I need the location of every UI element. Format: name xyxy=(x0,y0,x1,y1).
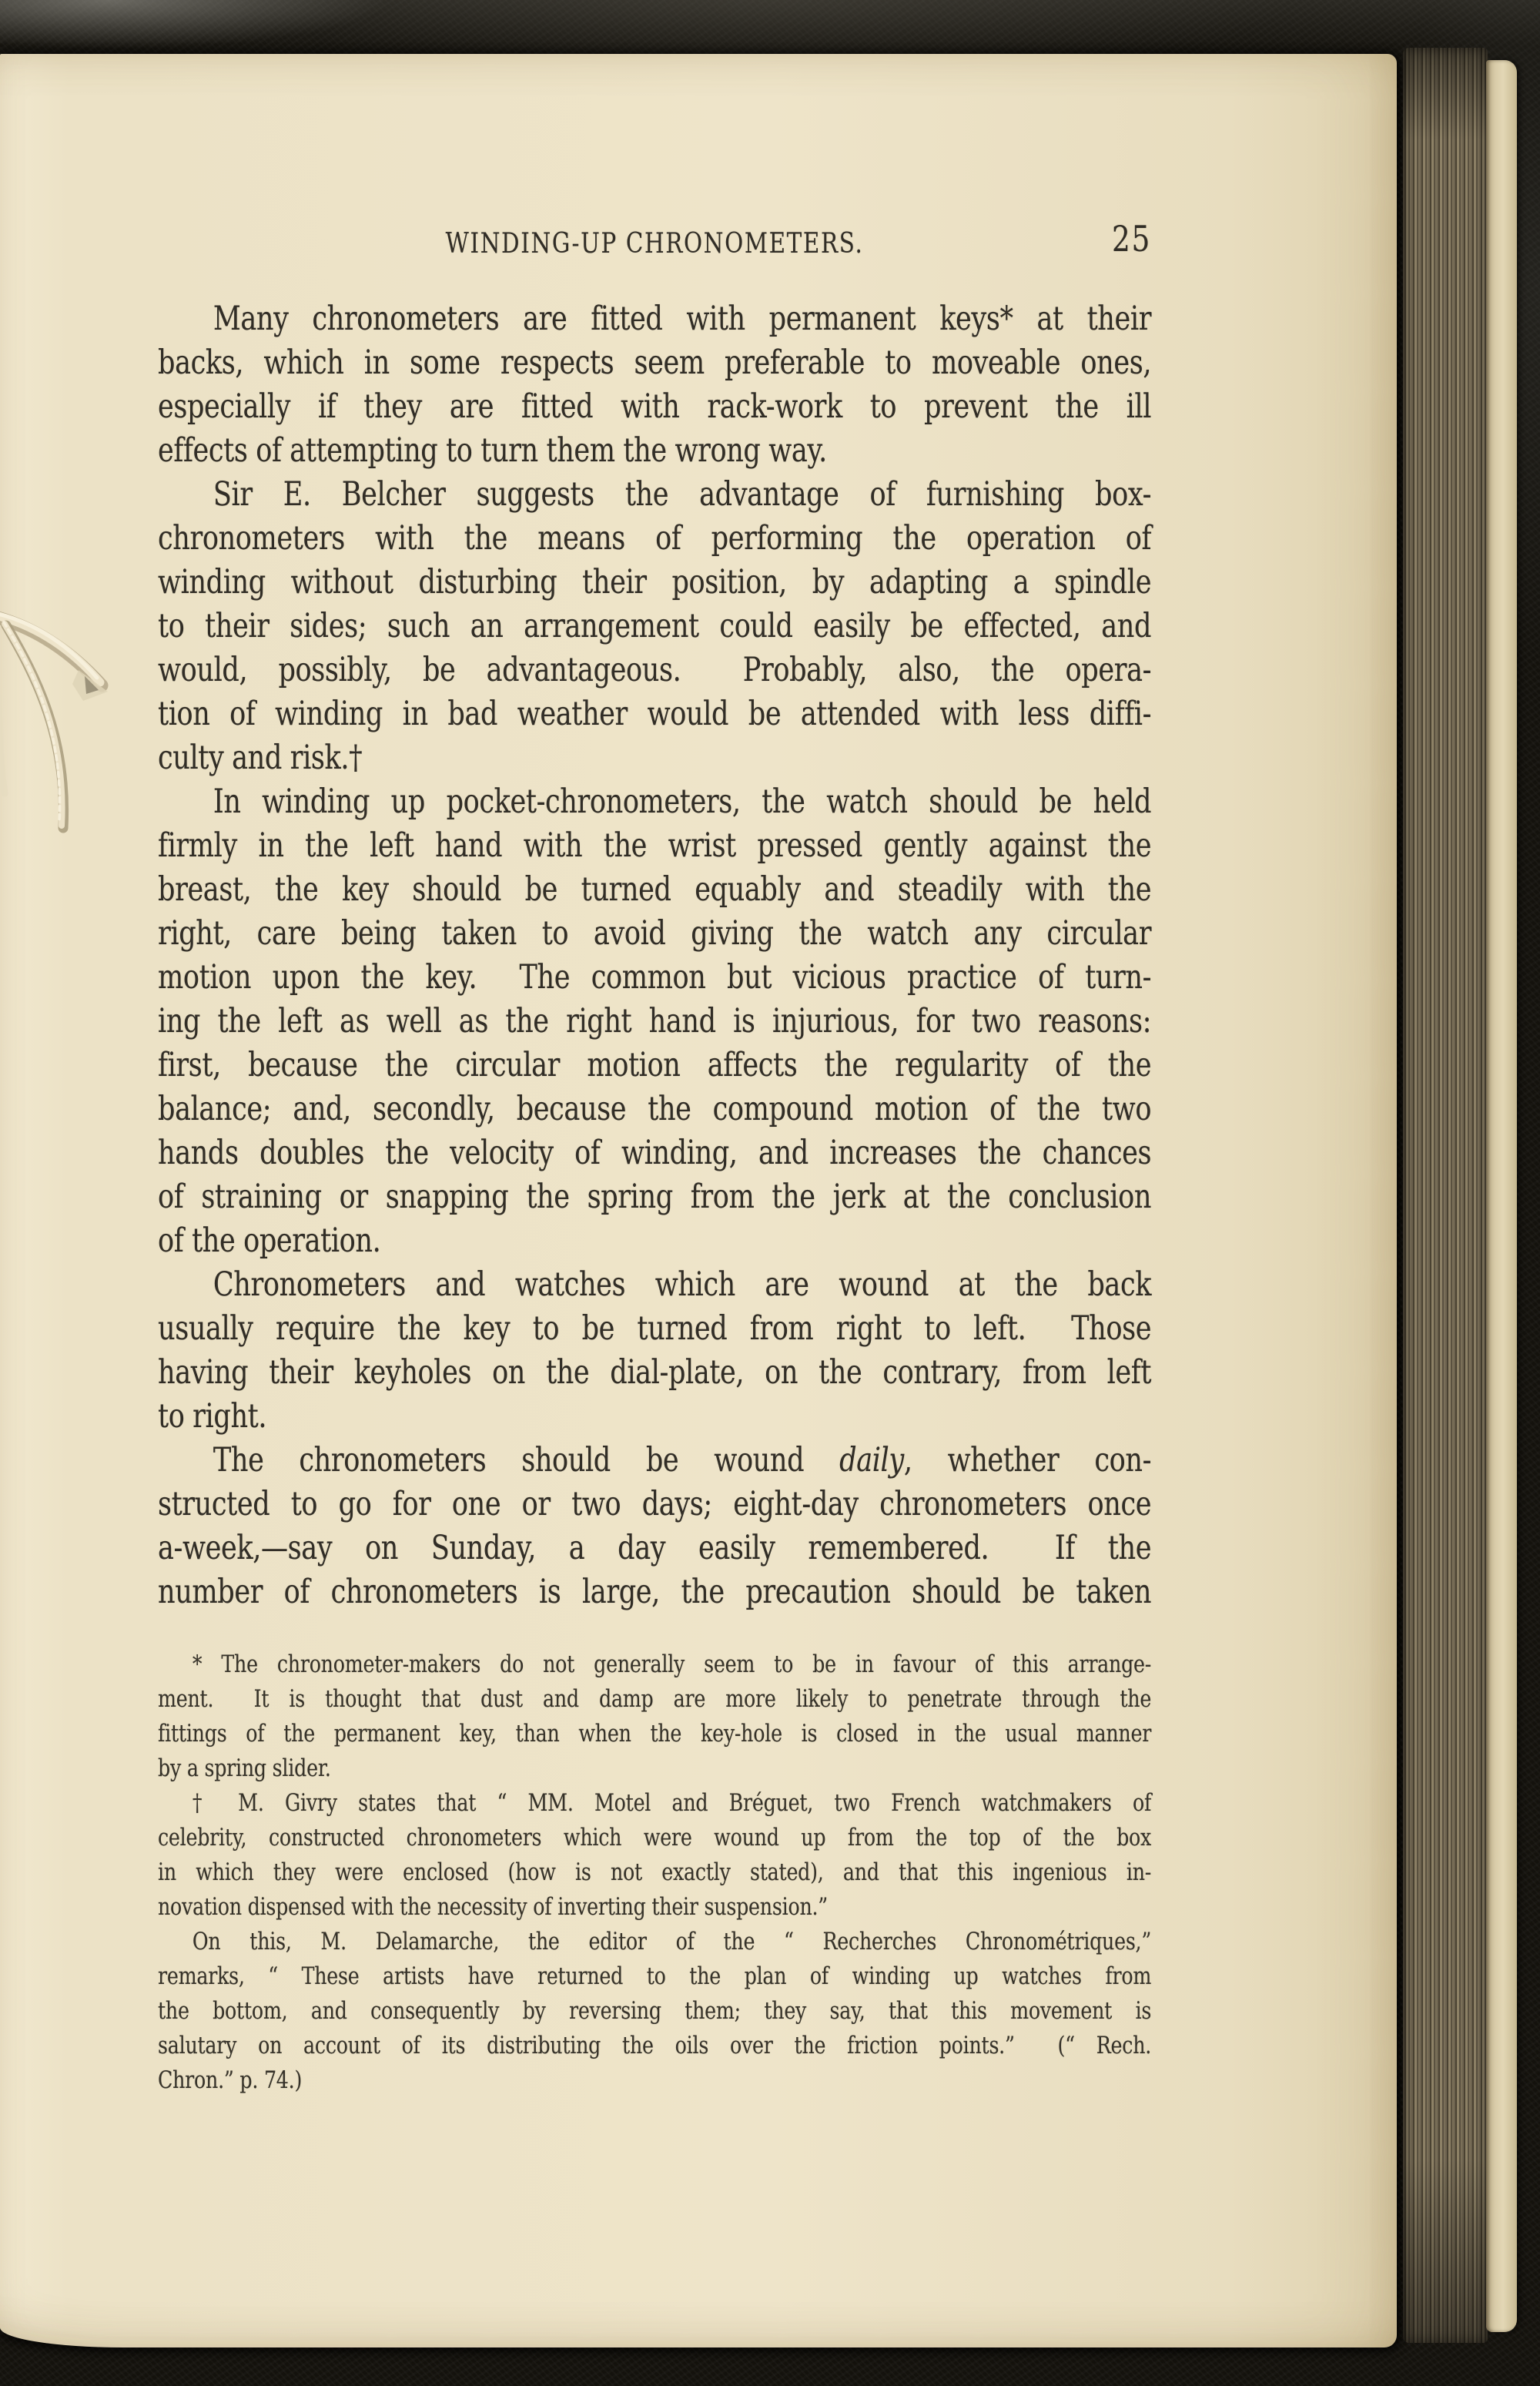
text-segment: firmly in the left hand with the wrist p… xyxy=(158,826,1151,865)
text-line: in which they were enclosed (how is not … xyxy=(158,1855,1151,1890)
text-segment: remarks, “ These artists have returned t… xyxy=(158,1962,1151,1990)
text-line: usually require the key to be turned fro… xyxy=(158,1307,1151,1351)
text-line: tion of winding in bad weather would be … xyxy=(158,692,1151,736)
text-segment: Chronometers and watches which are wound… xyxy=(213,1265,1151,1304)
text-line: On this, M. Delamarche, the editor of th… xyxy=(158,1925,1151,1959)
text-line: ment. It is thought that dust and damp a… xyxy=(158,1682,1151,1717)
text-segment: especially if they are fitted with rack-… xyxy=(158,387,1151,426)
text-line: ing the left as well as the right hand i… xyxy=(158,1000,1151,1044)
text-segment: right, care being taken to avoid giving … xyxy=(158,914,1151,953)
text-segment: novation dispensed with the necessity of… xyxy=(158,1893,828,1921)
text-segment: breast, the key should be turned equably… xyxy=(158,870,1151,909)
text-segment: the bottom, and consequently by reversin… xyxy=(158,1997,1151,2025)
text-segment: ing the left as well as the right hand i… xyxy=(158,1002,1151,1041)
text-segment: hands doubles the velocity of winding, a… xyxy=(158,1134,1151,1172)
text-line: novation dispensed with the necessity of… xyxy=(158,1890,1151,1925)
text-segment: would, possibly, be advantageous. Probab… xyxy=(158,651,1151,689)
text-line: celebrity, constructed chronometers whic… xyxy=(158,1821,1151,1855)
paragraph: Sir E. Belcher suggests the advantage of… xyxy=(158,473,1151,780)
footnotes: * The chronometer-makers do not generall… xyxy=(158,1647,1151,2098)
text-segment: balance; and, secondly, because the comp… xyxy=(158,1090,1151,1128)
text-line: Sir E. Belcher suggests the advantage of… xyxy=(158,473,1151,517)
text-segment: motion upon the key. The common but vici… xyxy=(158,958,1151,997)
text-segment: * The chronometer-makers do not generall… xyxy=(192,1650,1151,1678)
text-line: The chronometers should be wound daily, … xyxy=(158,1439,1151,1483)
paragraph: † M. Givry states that “ MM. Motel and B… xyxy=(158,1786,1151,1925)
text-line: In winding up pocket-chronometers, the w… xyxy=(158,780,1151,824)
text-segment: The chronometers should be wound xyxy=(213,1441,839,1480)
text-segment: On this, M. Delamarche, the editor of th… xyxy=(192,1928,1151,1955)
text-segment: of straining or snapping the spring from… xyxy=(158,1178,1151,1216)
text-segment: of the operation. xyxy=(158,1221,380,1260)
text-segment: to their sides; such an arrangement coul… xyxy=(158,607,1151,645)
text-segment: by a spring slider. xyxy=(158,1754,331,1782)
text-segment: number of chronometers is large, the pre… xyxy=(158,1573,1151,1611)
text-line: Chronometers and watches which are wound… xyxy=(158,1263,1151,1307)
text-line: the bottom, and consequently by reversin… xyxy=(158,1994,1151,2029)
text-line: fittings of the permanent key, than when… xyxy=(158,1717,1151,1751)
text-segment: Sir E. Belcher suggests the advantage of… xyxy=(213,475,1151,514)
rear-pages-fore-edge xyxy=(1486,60,1517,2332)
text-line: remarks, “ These artists have returned t… xyxy=(158,1959,1151,1994)
text-line: having their keyholes on the dial-plate,… xyxy=(158,1351,1151,1395)
text-segment: a-week,—say on Sunday, a day easily reme… xyxy=(158,1529,1151,1567)
text-line: number of chronometers is large, the pre… xyxy=(158,1570,1151,1614)
text-line: Many chronometers are fitted with perman… xyxy=(158,297,1151,341)
italic-word: daily xyxy=(839,1441,904,1480)
text-segment: † M. Givry states that “ MM. Motel and B… xyxy=(192,1789,1151,1817)
text-line: culty and risk.† xyxy=(158,736,1151,780)
paragraph: * The chronometer-makers do not generall… xyxy=(158,1647,1151,1786)
text-segment: tion of winding in bad weather would be … xyxy=(158,695,1151,733)
text-segment: effects of attempting to turn them the w… xyxy=(158,431,827,470)
paragraph: In winding up pocket-chronometers, the w… xyxy=(158,780,1151,1263)
text-line: hands doubles the velocity of winding, a… xyxy=(158,1131,1151,1175)
text-segment: In winding up pocket-chronometers, the w… xyxy=(213,782,1151,821)
text-line: effects of attempting to turn them the w… xyxy=(158,429,1151,473)
text-segment: winding without disturbing their positio… xyxy=(158,563,1151,602)
text-segment: backs, which in some respects seem prefe… xyxy=(158,343,1151,382)
text-segment: fittings of the permanent key, than when… xyxy=(158,1720,1151,1748)
text-segment: , whether con- xyxy=(904,1441,1151,1480)
text-segment: in which they were enclosed (how is not … xyxy=(158,1858,1151,1886)
text-line: backs, which in some respects seem prefe… xyxy=(158,341,1151,385)
text-segment: chronometers with the means of performin… xyxy=(158,519,1151,558)
running-header: WINDING-UP CHRONOMETERS. 25 xyxy=(158,225,1151,263)
text-segment: having their keyholes on the dial-plate,… xyxy=(158,1353,1151,1392)
text-segment: salutary on account of its distributing … xyxy=(158,2032,1151,2059)
text-line: firmly in the left hand with the wrist p… xyxy=(158,824,1151,868)
text-line: would, possibly, be advantageous. Probab… xyxy=(158,648,1151,692)
text-segment: to right. xyxy=(158,1397,266,1436)
text-segment: Chron.” p. 74.) xyxy=(158,2066,302,2094)
text-line: structed to go for one or two days; eigh… xyxy=(158,1483,1151,1526)
page-stack-edge xyxy=(1403,48,1488,2343)
text-line: to right. xyxy=(158,1395,1151,1439)
text-line: † M. Givry states that “ MM. Motel and B… xyxy=(158,1786,1151,1821)
text-line: a-week,—say on Sunday, a day easily reme… xyxy=(158,1526,1151,1570)
text-line: balance; and, secondly, because the comp… xyxy=(158,1087,1151,1131)
text-line: right, care being taken to avoid giving … xyxy=(158,912,1151,956)
paragraph: The chronometers should be wound daily, … xyxy=(158,1439,1151,1614)
text-segment: first, because the circular motion affec… xyxy=(158,1046,1151,1084)
text-segment: Many chronometers are fitted with perman… xyxy=(213,300,1151,338)
text-line: motion upon the key. The common but vici… xyxy=(158,956,1151,1000)
text-column: WINDING-UP CHRONOMETERS. 25 Many chronom… xyxy=(158,225,1151,2227)
text-line: of the operation. xyxy=(158,1219,1151,1263)
text-line: by a spring slider. xyxy=(158,1751,1151,1786)
text-segment: usually require the key to be turned fro… xyxy=(158,1309,1151,1348)
text-segment: celebrity, constructed chronometers whic… xyxy=(158,1824,1151,1851)
paragraph: Many chronometers are fitted with perman… xyxy=(158,297,1151,473)
text-line: breast, the key should be turned equably… xyxy=(158,868,1151,912)
text-line: to their sides; such an arrangement coul… xyxy=(158,605,1151,648)
text-line: of straining or snapping the spring from… xyxy=(158,1175,1151,1219)
body-text: Many chronometers are fitted with perman… xyxy=(158,297,1151,1614)
text-segment: ment. It is thought that dust and damp a… xyxy=(158,1685,1151,1713)
text-line: first, because the circular motion affec… xyxy=(158,1044,1151,1087)
text-segment: culty and risk.† xyxy=(158,739,362,777)
text-line: especially if they are fitted with rack-… xyxy=(158,385,1151,429)
text-line: winding without disturbing their positio… xyxy=(158,561,1151,605)
text-line: salutary on account of its distributing … xyxy=(158,2029,1151,2063)
running-title: WINDING-UP CHRONOMETERS. xyxy=(158,225,1151,263)
page-number: 25 xyxy=(1112,219,1151,258)
paragraph: On this, M. Delamarche, the editor of th… xyxy=(158,1925,1151,2098)
text-line: chronometers with the means of performin… xyxy=(158,517,1151,561)
text-segment: structed to go for one or two days; eigh… xyxy=(158,1485,1151,1523)
paragraph: Chronometers and watches which are wound… xyxy=(158,1263,1151,1439)
text-line: * The chronometer-makers do not generall… xyxy=(158,1647,1151,1682)
book-photo: WINDING-UP CHRONOMETERS. 25 Many chronom… xyxy=(0,0,1540,2386)
text-line: Chron.” p. 74.) xyxy=(158,2063,1151,2098)
